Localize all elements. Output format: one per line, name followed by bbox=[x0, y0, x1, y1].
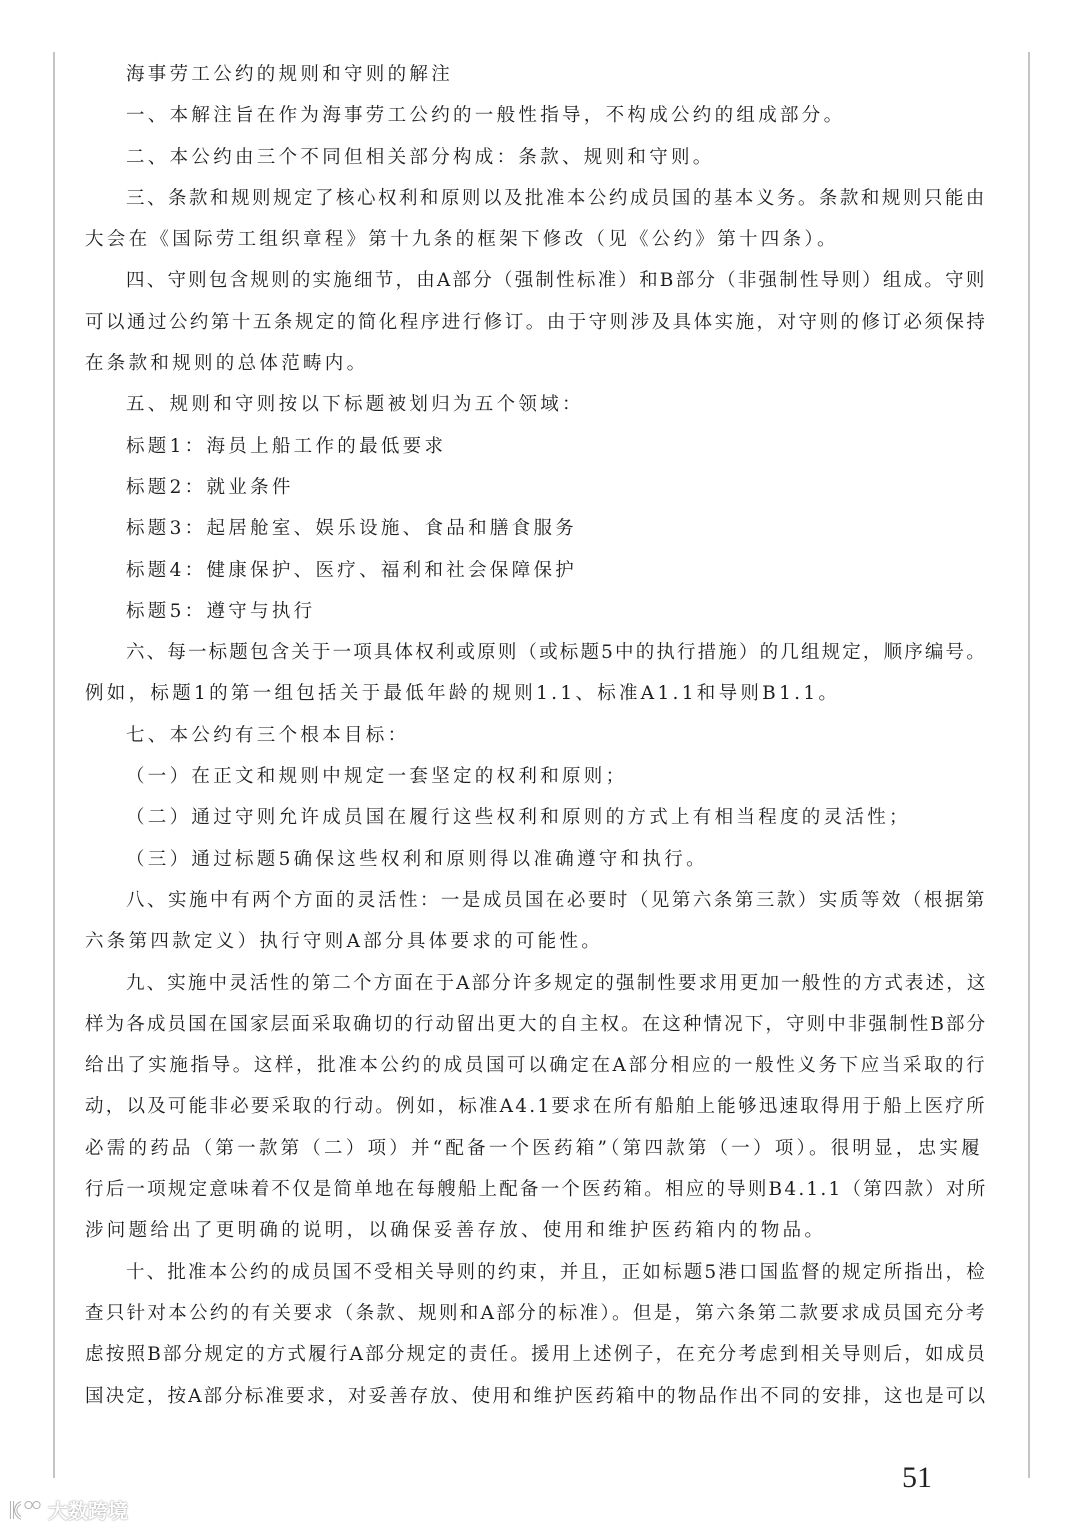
document-line: 标题2：就业条件 bbox=[85, 467, 990, 508]
document-line: 五、规则和守则按以下标题被划归为五个领域： bbox=[85, 384, 990, 425]
watermark: 大数跨境 bbox=[8, 1495, 128, 1524]
document-lines: 一、本解注旨在作为海事劳工公约的一般性指导，不构成公约的组成部分。二、本公约由三… bbox=[85, 95, 990, 1417]
document-line: 虑按照B部分规定的方式履行A部分规定的责任。援用上述例子，在充分考虑到相关导则后… bbox=[85, 1334, 990, 1375]
document-line: 六、每一标题包含关于一项具体权利或原则（或标题5中的执行措施）的几组规定，顺序编… bbox=[85, 632, 990, 673]
document-line: 行后一项规定意味着不仅是简单地在每艘船上配备一个医药箱。相应的导则B4.1.1（… bbox=[85, 1169, 990, 1210]
document-line: 大会在《国际劳工组织章程》第十九条的框架下修改（见《公约》第十四条）。 bbox=[85, 219, 990, 260]
document-line: 例如，标题1的第一组包括关于最低年龄的规则1.1、标准A1.1和导则B1.1。 bbox=[85, 673, 990, 714]
document-line: 可以通过公约第十五条规定的简化程序进行修订。由于守则涉及具体实施，对守则的修订必… bbox=[85, 302, 990, 343]
document-line: （二）通过守则允许成员国在履行这些权利和原则的方式上有相当程度的灵活性； bbox=[85, 797, 990, 838]
document-line: 查只针对本公约的有关要求（条款、规则和A部分的标准）。但是，第六条第二款要求成员… bbox=[85, 1293, 990, 1334]
document-body: 海事劳工公约的规则和守则的解注 一、本解注旨在作为海事劳工公约的一般性指导，不构… bbox=[85, 54, 990, 1417]
document-line: 七、本公约有三个根本目标： bbox=[85, 715, 990, 756]
document-line: 样为各成员国在国家层面采取确切的行动留出更大的自主权。在这种情况下，守则中非强制… bbox=[85, 1004, 990, 1045]
document-line: 动，以及可能非必要采取的行动。例如，标准A4.1要求在所有船舶上能够迅速取得用于… bbox=[85, 1086, 990, 1127]
document-line: （三）通过标题5确保这些权利和原则得以准确遵守和执行。 bbox=[85, 839, 990, 880]
document-line: 四、守则包含规则的实施细节，由A部分（强制性标准）和B部分（非强制性导则）组成。… bbox=[85, 260, 990, 301]
k-infinity-logo-icon bbox=[8, 1498, 44, 1522]
document-title: 海事劳工公约的规则和守则的解注 bbox=[85, 54, 990, 95]
document-line: 给出了实施指导。这样，批准本公约的成员国可以确定在A部分相应的一般性义务下应当采… bbox=[85, 1045, 990, 1086]
document-line: 二、本公约由三个不同但相关部分构成：条款、规则和守则。 bbox=[85, 137, 990, 178]
document-line: 九、实施中灵活性的第二个方面在于A部分许多规定的强制性要求用更加一般性的方式表述… bbox=[85, 963, 990, 1004]
document-line: 六条第四款定义）执行守则A部分具体要求的可能性。 bbox=[85, 921, 990, 962]
document-line: 国决定，按A部分标准要求，对妥善存放、使用和维护医药箱中的物品作出不同的安排，这… bbox=[85, 1376, 990, 1417]
document-line: 标题1：海员上船工作的最低要求 bbox=[85, 426, 990, 467]
document-line: 三、条款和规则规定了核心权利和原则以及批准本公约成员国的基本义务。条款和规则只能… bbox=[85, 178, 990, 219]
document-line: 标题5：遵守与执行 bbox=[85, 591, 990, 632]
document-line: 八、实施中有两个方面的灵活性：一是成员国在必要时（见第六条第三款）实质等效（根据… bbox=[85, 880, 990, 921]
document-line: 涉问题给出了更明确的说明，以确保妥善存放、使用和维护医药箱内的物品。 bbox=[85, 1210, 990, 1251]
document-line: 必需的药品（第一款第（二）项）并“配备一个医药箱”（第四款第（一）项）。很明显，… bbox=[85, 1128, 990, 1169]
document-line: 标题4：健康保护、医疗、福利和社会保障保护 bbox=[85, 550, 990, 591]
page-left-border bbox=[53, 52, 55, 1478]
page-number: 51 bbox=[902, 1461, 932, 1495]
page-right-border bbox=[1028, 52, 1030, 1478]
document-line: 十、批准本公约的成员国不受相关导则的约束，并且，正如标题5港口国监督的规定所指出… bbox=[85, 1252, 990, 1293]
document-line: 在条款和规则的总体范畴内。 bbox=[85, 343, 990, 384]
document-line: 标题3：起居舱室、娱乐设施、食品和膳食服务 bbox=[85, 508, 990, 549]
document-line: （一）在正文和规则中规定一套坚定的权利和原则； bbox=[85, 756, 990, 797]
document-line: 一、本解注旨在作为海事劳工公约的一般性指导，不构成公约的组成部分。 bbox=[85, 95, 990, 136]
watermark-text: 大数跨境 bbox=[48, 1495, 128, 1524]
